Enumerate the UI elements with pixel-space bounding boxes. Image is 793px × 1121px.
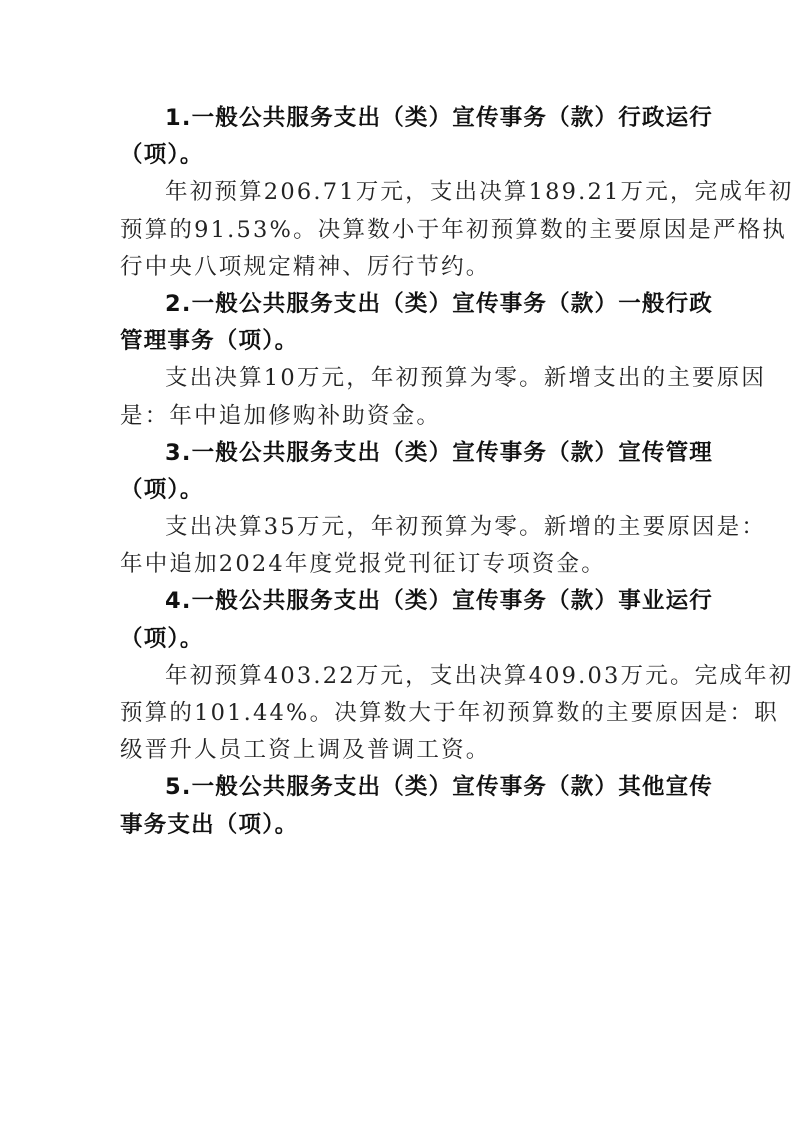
heading-line: （项）。: [120, 472, 680, 509]
section-3-heading: 3.一般公共服务支出（类）宣传事务（款）宣传管理 （项）。: [120, 435, 680, 509]
body-line: 年初预算206.71万元，支出决算189.21万元，完成年初: [120, 174, 680, 211]
heading-line: 4.一般公共服务支出（类）宣传事务（款）事业运行: [120, 583, 680, 620]
heading-line: 事务支出（项）。: [120, 807, 680, 844]
section-2-body: 支出决算10万元，年初预算为零。新增支出的主要原因 是：年中追加修购补助资金。: [120, 360, 680, 434]
section-1-body: 年初预算206.71万元，支出决算189.21万元，完成年初 预算的91.53%…: [120, 174, 680, 286]
heading-line: 管理事务（项）。: [120, 323, 680, 360]
body-line: 支出决算10万元，年初预算为零。新增支出的主要原因: [120, 360, 680, 397]
body-line: 年初预算403.22万元，支出决算409.03万元。完成年初: [120, 658, 680, 695]
section-3-body: 支出决算35万元，年初预算为零。新增的主要原因是： 年中追加2024年度党报党刊…: [120, 509, 680, 583]
heading-line: （项）。: [120, 621, 680, 658]
section-4-heading: 4.一般公共服务支出（类）宣传事务（款）事业运行 （项）。: [120, 583, 680, 657]
document-page: 1.一般公共服务支出（类）宣传事务（款）行政运行 （项）。 年初预算206.71…: [120, 100, 680, 844]
body-line: 预算的101.44%。决算数大于年初预算数的主要原因是：职: [120, 695, 680, 732]
section-1-heading: 1.一般公共服务支出（类）宣传事务（款）行政运行 （项）。: [120, 100, 680, 174]
body-line: 是：年中追加修购补助资金。: [120, 398, 680, 435]
heading-line: 2.一般公共服务支出（类）宣传事务（款）一般行政: [120, 286, 680, 323]
heading-line: 5.一般公共服务支出（类）宣传事务（款）其他宣传: [120, 769, 680, 806]
section-2-heading: 2.一般公共服务支出（类）宣传事务（款）一般行政 管理事务（项）。: [120, 286, 680, 360]
body-line: 行中央八项规定精神、厉行节约。: [120, 249, 680, 286]
body-line: 级晋升人员工资上调及普调工资。: [120, 732, 680, 769]
heading-line: （项）。: [120, 137, 680, 174]
heading-line: 3.一般公共服务支出（类）宣传事务（款）宣传管理: [120, 435, 680, 472]
section-4-body: 年初预算403.22万元，支出决算409.03万元。完成年初 预算的101.44…: [120, 658, 680, 770]
section-5-heading: 5.一般公共服务支出（类）宣传事务（款）其他宣传 事务支出（项）。: [120, 769, 680, 843]
body-line: 支出决算35万元，年初预算为零。新增的主要原因是：: [120, 509, 680, 546]
body-line: 年中追加2024年度党报党刊征订专项资金。: [120, 546, 680, 583]
heading-line: 1.一般公共服务支出（类）宣传事务（款）行政运行: [120, 100, 680, 137]
body-line: 预算的91.53%。决算数小于年初预算数的主要原因是严格执: [120, 212, 680, 249]
